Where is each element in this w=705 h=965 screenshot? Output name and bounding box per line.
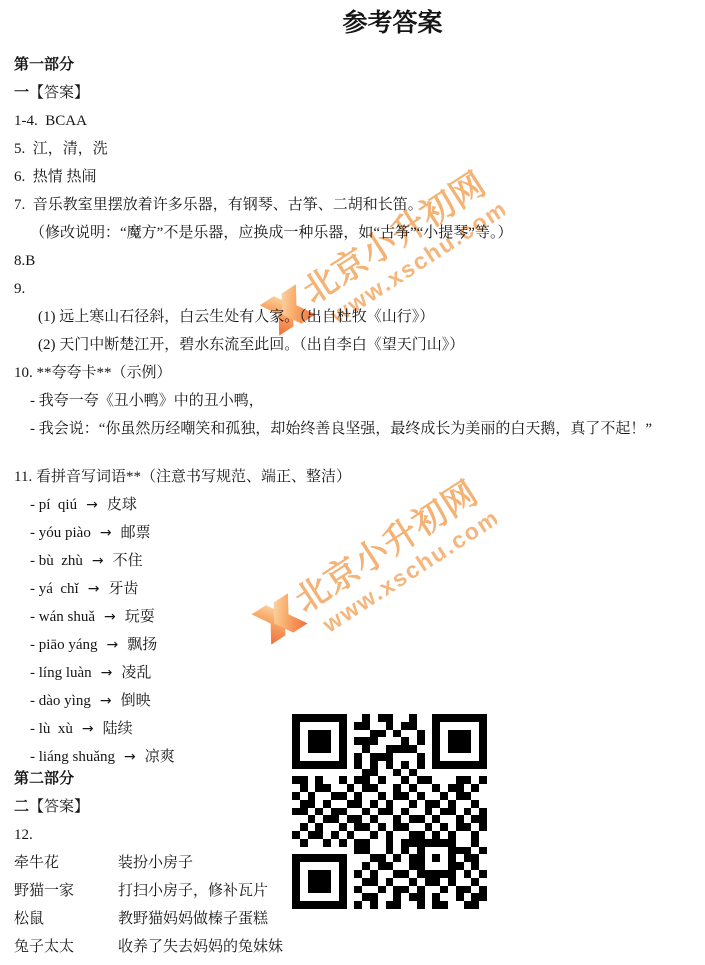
answer-q9-2: (2) 天门中断楚江开，碧水东流至此回。（出自李白《望天门山》） [14,331,697,359]
match-right: 打扫小房子，修补瓦片 [118,877,268,905]
part1-answer-label: 【答案】 [29,85,89,101]
pinyin-text: - yá chǐ [30,581,79,597]
answer-q5: 5. 江，清，洗 [14,135,697,163]
pinyin-text: - pí qiú [30,497,77,513]
pinyin-word: 倒映 [121,693,151,709]
pinyin-text: - wán shuǎ [30,609,95,625]
pinyin-item: - bù zhù→不住 [14,547,697,575]
answer-q7-note: （修改说明：“魔方”不是乐器，应换成一种乐器，如“古筝”“小提琴”等。） [14,219,697,247]
match-left: 兔子太太 [14,933,118,961]
match-right: 装扮小房子 [118,849,193,877]
part1-answer-heading: 一【答案】 [14,79,697,107]
arrow-icon: → [104,609,116,625]
page-title: 参考答案 [51,5,705,43]
arrow-icon: → [106,637,118,653]
match-row: 松鼠教野猫妈妈做榛子蛋糕 [14,905,697,933]
pinyin-text: - yóu piào [30,525,91,541]
answer-q6: 6. 热情 热闹 [14,163,697,191]
pinyin-item: - yá chǐ→牙齿 [14,575,697,603]
match-row: 兔子太太收养了失去妈妈的兔妹妹 [14,933,697,961]
match-right: 教野猫妈妈做榛子蛋糕 [118,905,268,933]
answer-q11: 11. 看拼音写词语**（注意书写规范、端正、整洁） [14,463,697,491]
arrow-icon: → [86,497,98,513]
pinyin-item: - líng luàn→凌乱 [14,659,697,687]
arrow-icon: → [101,665,113,681]
answer-q7: 7. 音乐教室里摆放着许多乐器，有钢琴、古筝、二胡和长笛。 [14,191,697,219]
pinyin-word: 邮票 [121,525,151,541]
arrow-icon: → [88,581,100,597]
part1-heading: 第一部分 [14,51,697,79]
pinyin-word: 玩耍 [125,609,155,625]
pinyin-text: - lù xù [30,721,73,737]
pinyin-word: 陆续 [103,721,133,737]
match-right: 收养了失去妈妈的兔妹妹 [118,933,283,961]
match-left: 松鼠 [14,905,118,933]
pinyin-item: - dào yìng→倒映 [14,687,697,715]
pinyin-word: 凌乱 [121,665,151,681]
arrow-icon: → [82,721,94,737]
part2-answer-label: 【答案】 [29,799,89,815]
answer-q8: 8.B [14,247,697,275]
pinyin-word: 皮球 [107,497,137,513]
answer-q10-b: - 我会说：“你虽然历经嘲笑和孤独，却始终善良坚强，最终成长为美丽的白天鹅，真了… [14,415,697,443]
answer-q9: 9. [14,275,697,303]
pinyin-text: - piāo yáng [30,637,97,653]
arrow-icon: → [100,693,112,709]
pinyin-text: - líng luàn [30,665,92,681]
answer-q10: 10. **夸夸卡**（示例） [14,359,697,387]
part1-answer-number: 一 [14,84,29,101]
pinyin-word: 牙齿 [108,581,138,597]
match-left: 牵牛花 [14,849,118,877]
part2-answer-number: 二 [14,798,29,815]
pinyin-text: - bù zhù [30,553,83,569]
pinyin-text: - dào yìng [30,693,91,709]
match-left: 野猫一家 [14,877,118,905]
pinyin-word: 飘扬 [127,637,157,653]
pinyin-word: 凉爽 [145,749,175,765]
pinyin-text: - liáng shuǎng [30,749,115,765]
arrow-icon: → [100,525,112,541]
pinyin-item: - wán shuǎ→玩耍 [14,603,697,631]
qr-code [292,714,487,909]
answer-q1-4: 1-4. BCAA [14,107,697,135]
arrow-icon: → [92,553,104,569]
answer-q10-a: - 我夸一夸《丑小鸭》中的丑小鸭， [14,387,697,415]
pinyin-item: - yóu piào→邮票 [14,519,697,547]
pinyin-word: 不住 [113,553,143,569]
answer-q9-1: (1) 远上寒山石径斜，白云生处有人家。（出自杜牧《山行》） [14,303,697,331]
pinyin-item: - pí qiú→皮球 [14,491,697,519]
pinyin-item: - piāo yáng→飘扬 [14,631,697,659]
arrow-icon: → [124,749,136,765]
